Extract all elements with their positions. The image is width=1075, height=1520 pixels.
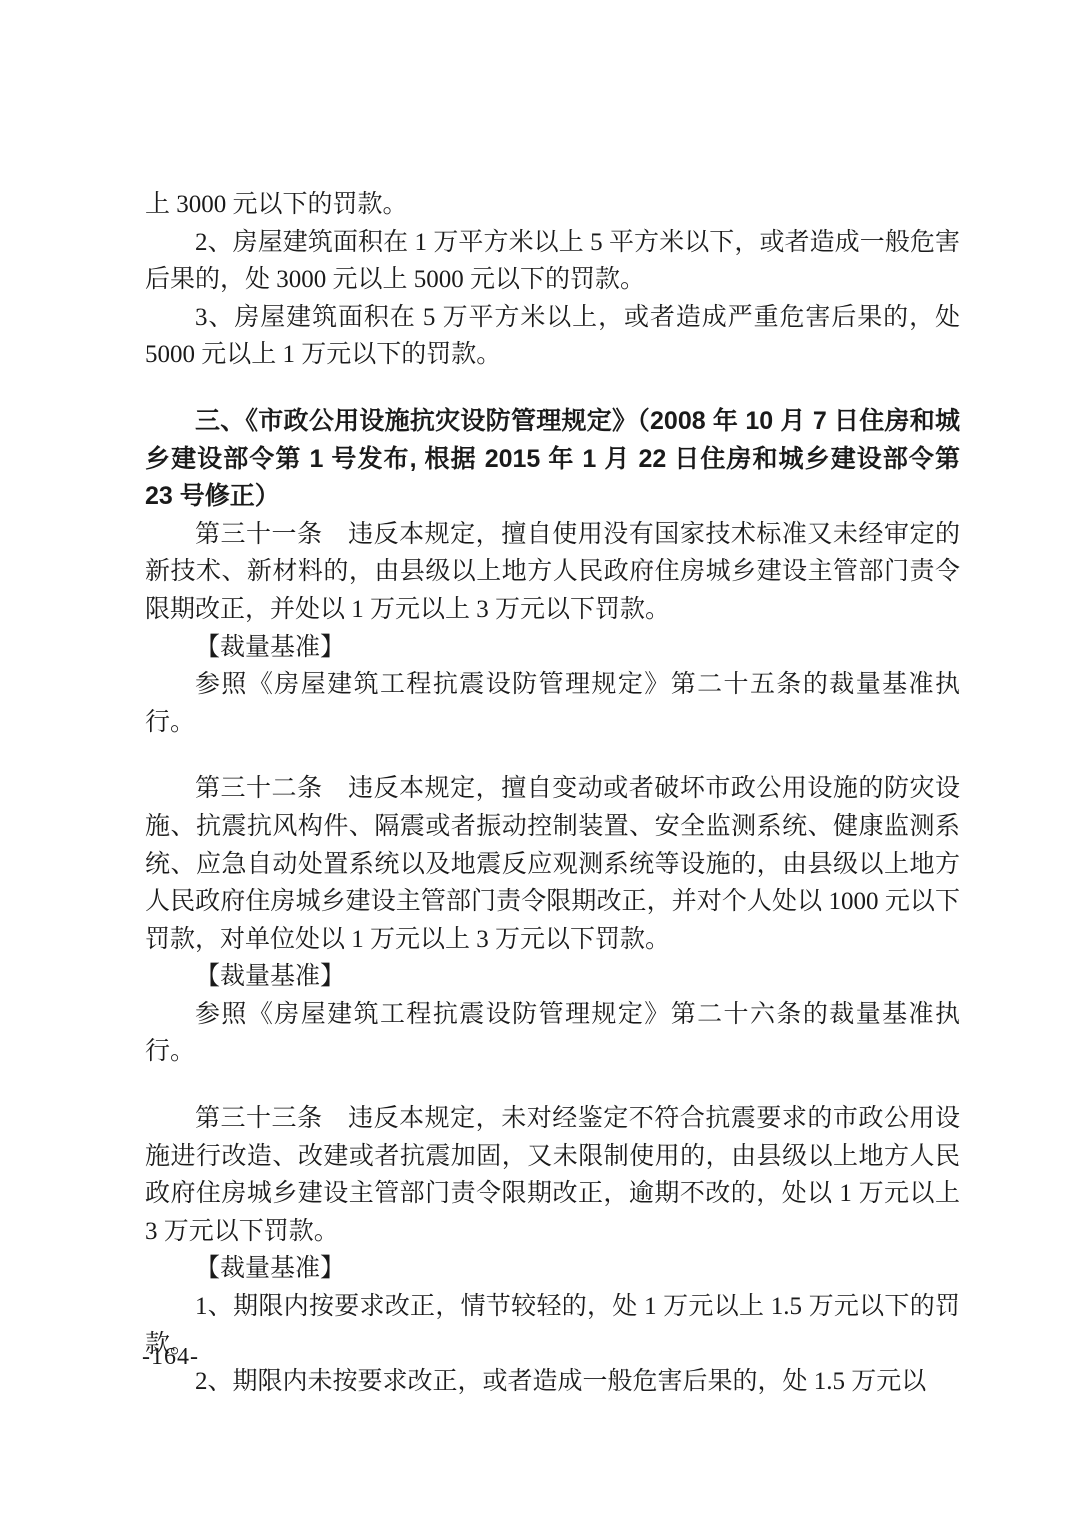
paragraph-discretion-label: 【裁量基准】: [145, 958, 960, 996]
paragraph-discretion-label: 【裁量基准】: [145, 629, 960, 667]
paragraph-continuation: 上 3000 元以下的罚款。: [145, 186, 960, 224]
document-page: 上 3000 元以下的罚款。 2、房屋建筑面积在 1 万平方米以上 5 平方米以…: [0, 0, 1075, 1520]
paragraph-article-33-item-2: 2、期限内未按要求改正，或者造成一般危害后果的，处 1.5 万元以: [145, 1363, 960, 1401]
paragraph-article-31-benchmark: 参照《房屋建筑工程抗震设防管理规定》第二十五条的裁量基准执行。: [145, 666, 960, 741]
paragraph-article-31: 第三十一条 违反本规定，擅自使用没有国家技术标准又未经审定的新技术、新材料的，由…: [145, 516, 960, 629]
paragraph-article-32: 第三十二条 违反本规定，擅自变动或者破坏市政公用设施的防灾设施、抗震抗风构件、隔…: [145, 770, 960, 958]
paragraph-article-32-benchmark: 参照《房屋建筑工程抗震设防管理规定》第二十六条的裁量基准执行。: [145, 996, 960, 1071]
paragraph-discretion-label: 【裁量基准】: [145, 1250, 960, 1288]
paragraph-article-33-item-1: 1、期限内按要求改正，情节较轻的，处 1 万元以上 1.5 万元以下的罚款。: [145, 1288, 960, 1363]
paragraph-article-33: 第三十三条 违反本规定，未对经鉴定不符合抗震要求的市政公用设施进行改造、改建或者…: [145, 1100, 960, 1250]
page-number: -164-: [142, 1342, 199, 1372]
paragraph-fine-tier-3: 3、房屋建筑面积在 5 万平方米以上，或者造成严重危害后果的，处 5000 元以…: [145, 299, 960, 374]
text-block: 上 3000 元以下的罚款。 2、房屋建筑面积在 1 万平方米以上 5 平方米以…: [145, 186, 960, 1401]
paragraph-fine-tier-2: 2、房屋建筑面积在 1 万平方米以上 5 平方米以下，或者造成一般危害后果的，处…: [145, 224, 960, 299]
section-heading-regulation-title: 三、《市政公用设施抗灾设防管理规定》（2008 年 10 月 7 日住房和城乡建…: [145, 403, 960, 516]
